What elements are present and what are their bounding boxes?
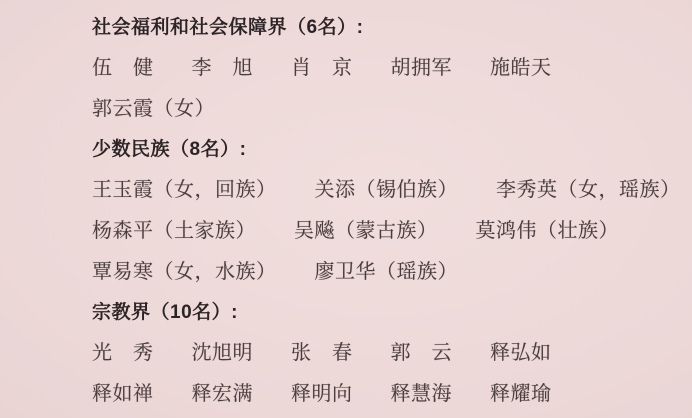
section: 宗教界（10名）:光 秀沈旭明张 春郭 云释弘如释如禅释宏满释明向释慧海释耀瑜: [92, 293, 662, 415]
member-name: 释如禅: [92, 374, 154, 415]
member-name: 郭 云: [391, 333, 453, 374]
name-row: 覃易寒（女，水族）廖卫华（瑶族）: [92, 252, 662, 293]
member-list: 社会福利和社会保障界（6名）:伍 健李 旭肖 京胡拥军施皓天郭云霞（女）少数民族…: [92, 8, 662, 415]
member-name: 吴飚（蒙古族）: [294, 211, 438, 252]
member-name: 杨森平（土家族）: [92, 211, 256, 252]
member-name: 覃易寒（女，水族）: [92, 252, 277, 293]
section-heading: 社会福利和社会保障界（6名）:: [92, 8, 662, 48]
section-heading: 少数民族（8名）:: [92, 130, 662, 170]
name-row: 释如禅释宏满释明向释慧海释耀瑜: [92, 374, 662, 415]
member-name: 伍 健: [92, 48, 154, 89]
name-row: 光 秀沈旭明张 春郭 云释弘如: [92, 333, 662, 374]
name-row: 伍 健李 旭肖 京胡拥军施皓天: [92, 48, 662, 89]
member-name: 李秀英（女，瑶族）: [496, 170, 681, 211]
section: 社会福利和社会保障界（6名）:伍 健李 旭肖 京胡拥军施皓天郭云霞（女）: [92, 8, 662, 130]
member-name: 张 春: [291, 333, 353, 374]
section-heading: 宗教界（10名）:: [92, 293, 662, 333]
member-name: 莫鸿伟（壮族）: [476, 211, 620, 252]
member-name: 释明向: [291, 374, 353, 415]
section: 少数民族（8名）:王玉霞（女，回族）关添（锡伯族）李秀英（女，瑶族）杨森平（土家…: [92, 130, 662, 293]
member-name: 王玉霞（女，回族）: [92, 170, 277, 211]
member-name: 肖 京: [291, 48, 353, 89]
member-name: 释慧海: [391, 374, 453, 415]
name-row: 王玉霞（女，回族）关添（锡伯族）李秀英（女，瑶族）: [92, 170, 662, 211]
member-name: 释耀瑜: [490, 374, 552, 415]
name-row: 杨森平（土家族）吴飚（蒙古族）莫鸿伟（壮族）: [92, 211, 662, 252]
member-name: 沈旭明: [192, 333, 254, 374]
document-page: 社会福利和社会保障界（6名）:伍 健李 旭肖 京胡拥军施皓天郭云霞（女）少数民族…: [0, 0, 692, 418]
member-name: 光 秀: [92, 333, 154, 374]
member-name: 施皓天: [490, 48, 552, 89]
member-name: 释宏满: [192, 374, 254, 415]
member-name: 郭云霞（女）: [92, 89, 215, 130]
member-name: 关添（锡伯族）: [315, 170, 459, 211]
member-name: 廖卫华（瑶族）: [315, 252, 459, 293]
name-row: 郭云霞（女）: [92, 89, 662, 130]
member-name: 胡拥军: [391, 48, 453, 89]
member-name: 释弘如: [490, 333, 552, 374]
member-name: 李 旭: [192, 48, 254, 89]
